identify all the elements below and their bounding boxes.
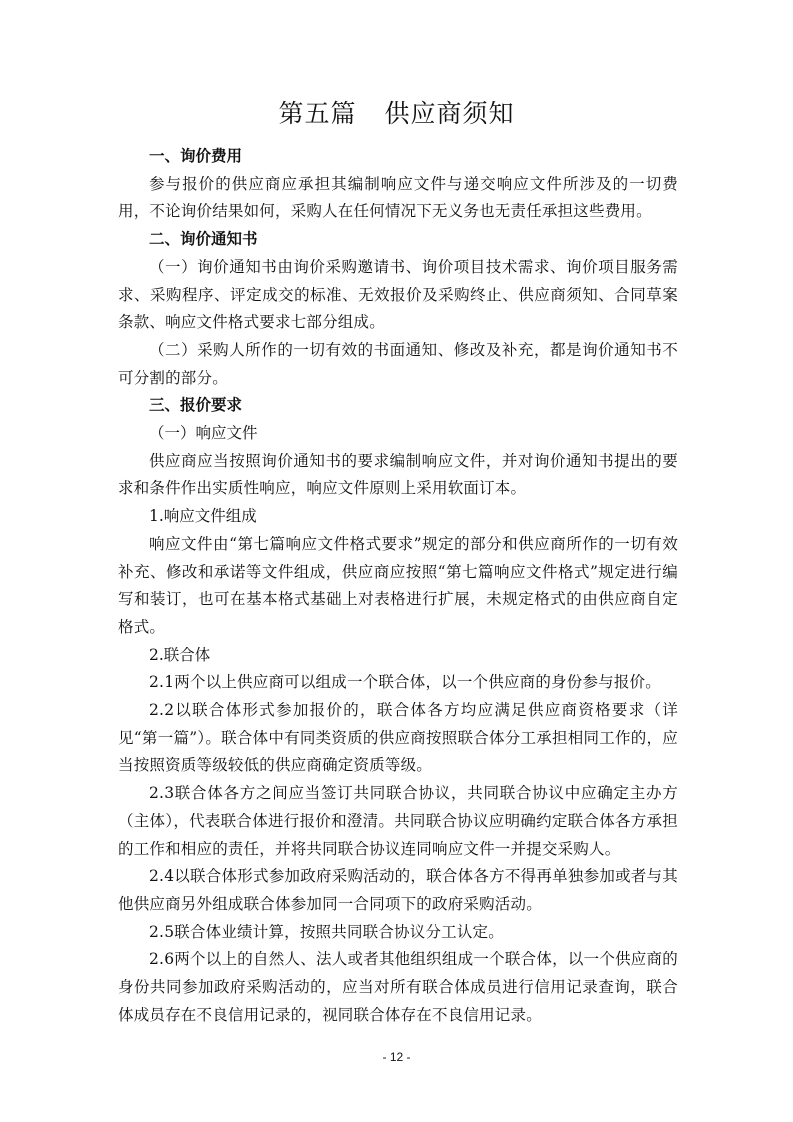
page-number: - 12 - — [0, 1050, 793, 1064]
clause-2-6: 2.6两个以上的自然人、法人或者其他组织组成一个联合体，以一个供应商的身份共同参… — [118, 946, 678, 1029]
paragraph-notice-integral: （二）采购人所作的一切有效的书面通知、修改及补充，都是询价通知书不可分割的部分。 — [118, 337, 678, 392]
paragraph-fees: 参与报价的供应商应承担其编制响应文件与递交响应文件所涉及的一切费用，不论询价结果… — [118, 171, 678, 226]
section-heading-notice: 二、询价通知书 — [118, 226, 678, 254]
paragraph-notice-composition: （一）询价通知书由询价采购邀请书、询价项目技术需求、询价项目服务需求、采购程序、… — [118, 254, 678, 337]
document-page: 第五篇供应商须知 一、询价费用 参与报价的供应商应承担其编制响应文件与递交响应文… — [0, 0, 793, 1122]
clause-2-2: 2.2以联合体形式参加报价的，联合体各方均应满足供应商资格要求（详见“第一篇”）… — [118, 697, 678, 780]
page-title: 第五篇供应商须知 — [0, 94, 793, 130]
clause-2-5: 2.5联合体业绩计算，按照共同联合协议分工认定。 — [118, 919, 678, 947]
clause-2-4: 2.4以联合体形式参加政府采购活动的，联合体各方不得再单独参加或者与其他供应商另… — [118, 863, 678, 918]
section-heading-fees: 一、询价费用 — [118, 143, 678, 171]
clause-2-1: 2.1两个以上供应商可以组成一个联合体，以一个供应商的身份参与报价。 — [118, 669, 678, 697]
item-title-consortium: 2.联合体 — [118, 642, 678, 670]
title-part: 第五篇 — [278, 99, 356, 128]
clause-2-3: 2.3联合体各方之间应当签订共同联合协议，共同联合协议中应确定主办方（主体），代… — [118, 780, 678, 863]
document-body: 一、询价费用 参与报价的供应商应承担其编制响应文件与递交响应文件所涉及的一切费用… — [118, 143, 678, 1030]
paragraph-composition: 响应文件由“第七篇响应文件格式要求”规定的部分和供应商所作的一切有效补充、修改和… — [118, 531, 678, 642]
subsection-response-file: （一）响应文件 — [118, 420, 678, 448]
title-name: 供应商须知 — [385, 99, 515, 128]
item-title-composition: 1.响应文件组成 — [118, 503, 678, 531]
paragraph-response-file: 供应商应当按照询价通知书的要求编制响应文件，并对询价通知书提出的要求和条件作出实… — [118, 448, 678, 503]
section-heading-quote-requirements: 三、报价要求 — [118, 392, 678, 420]
